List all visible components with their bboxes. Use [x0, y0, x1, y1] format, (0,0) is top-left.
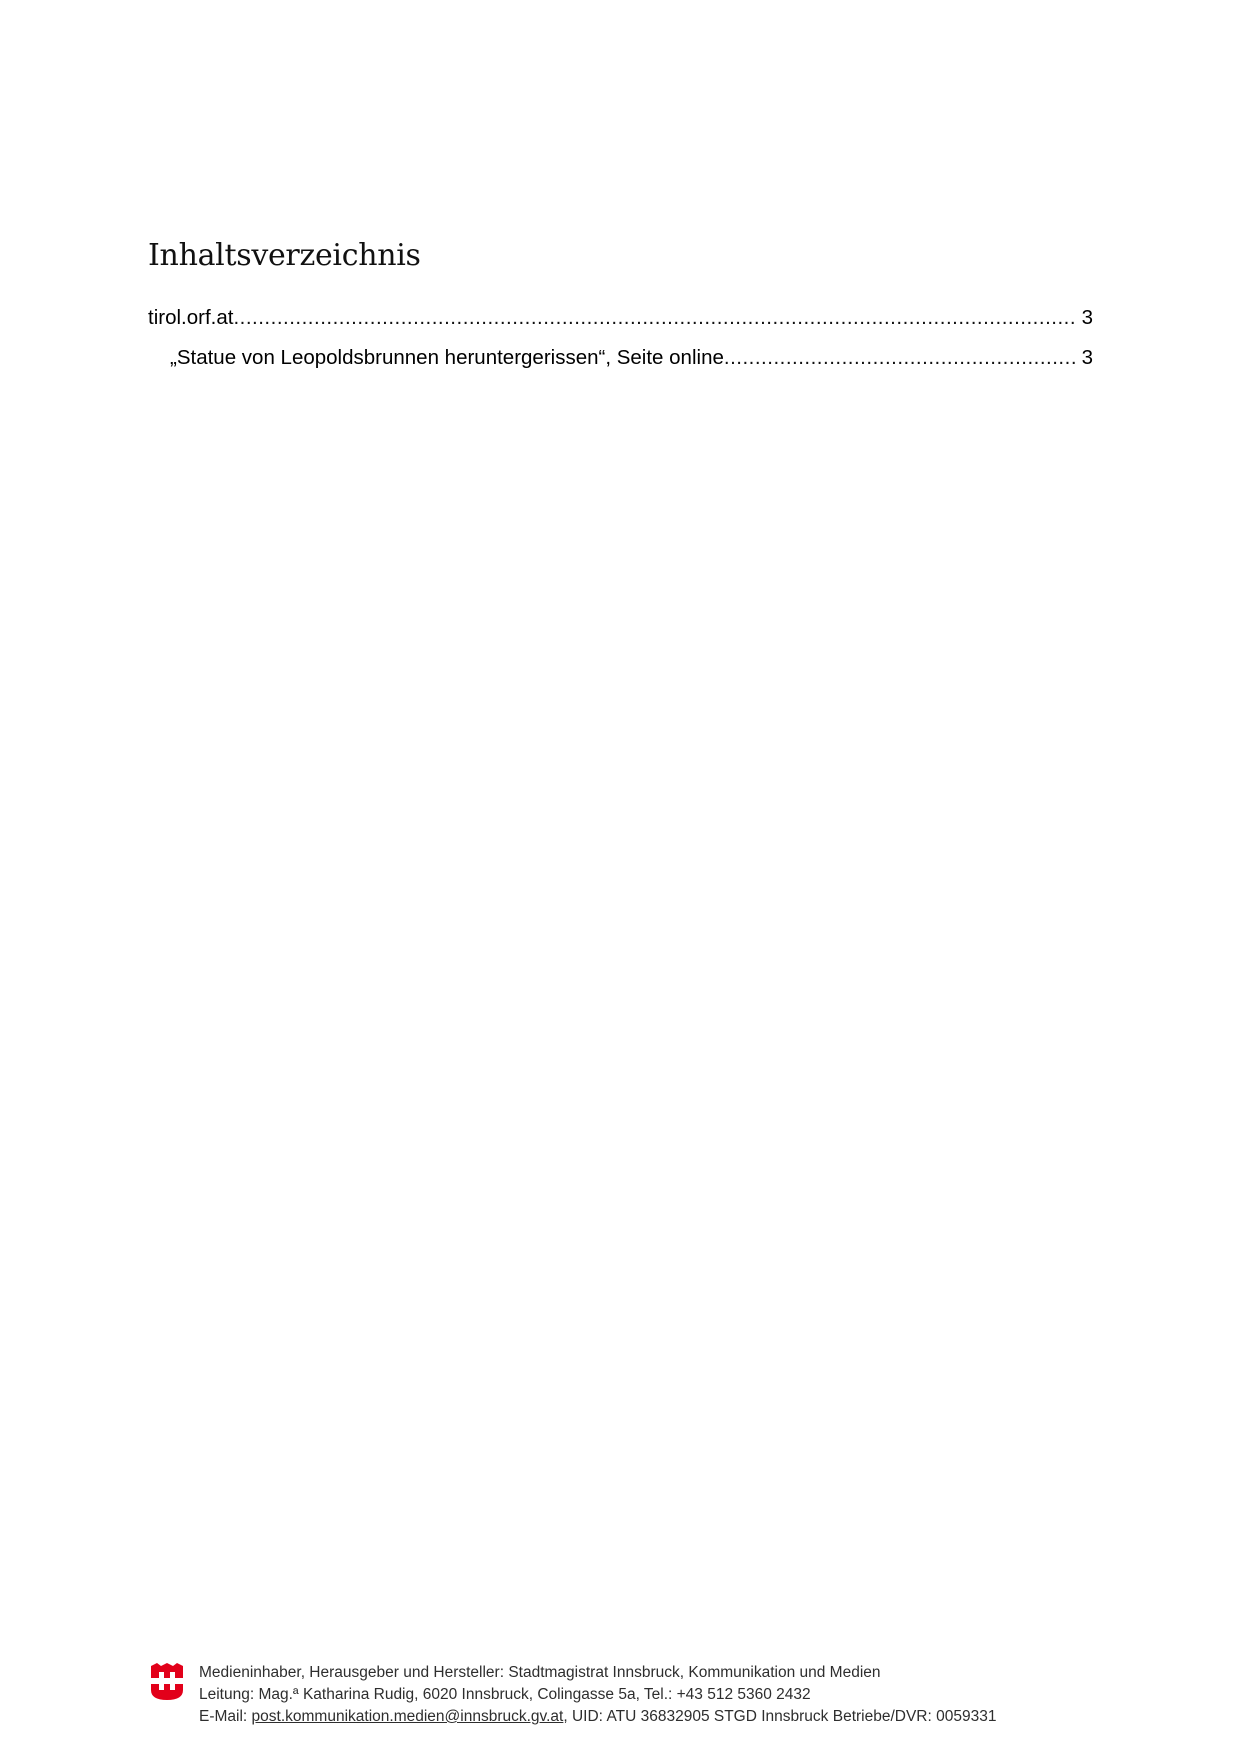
toc-entry-statue-leopoldsbrunnen[interactable]: „Statue von Leopoldsbrunnen heruntergeri… [148, 346, 1093, 370]
table-of-contents: tirol.orf.at 3 „Statue von Leopoldsbrunn… [148, 306, 1093, 386]
toc-dot-leader [724, 346, 1076, 370]
toc-entry-label: „Statue von Leopoldsbrunnen heruntergeri… [170, 346, 724, 370]
footer-email-link[interactable]: post.kommunikation.medien@innsbruck.gv.a… [252, 1708, 564, 1725]
footer-line-publisher: Medieninhaber, Herausgeber und Herstelle… [199, 1662, 996, 1684]
innsbruck-city-logo-icon [151, 1663, 183, 1701]
toc-page-number: 3 [1076, 346, 1093, 370]
toc-dot-leader [233, 306, 1075, 330]
toc-entry-tirol-orf-at[interactable]: tirol.orf.at 3 [148, 306, 1093, 330]
toc-entry-label: tirol.orf.at [148, 306, 233, 330]
toc-page-number: 3 [1076, 306, 1093, 330]
footer-uid-dvr: , UID: ATU 36832905 STGD Innsbruck Betri… [563, 1708, 996, 1725]
footer-imprint: Medieninhaber, Herausgeber und Herstelle… [199, 1662, 996, 1728]
toc-heading: Inhaltsverzeichnis [148, 234, 421, 278]
footer-line-management: Leitung: Mag.ª Katharina Rudig, 6020 Inn… [199, 1684, 996, 1706]
footer-line-contact: E-Mail: post.kommunikation.medien@innsbr… [199, 1706, 996, 1728]
page-footer: Medieninhaber, Herausgeber und Herstelle… [151, 1662, 996, 1728]
footer-email-label: E-Mail: [199, 1708, 252, 1725]
